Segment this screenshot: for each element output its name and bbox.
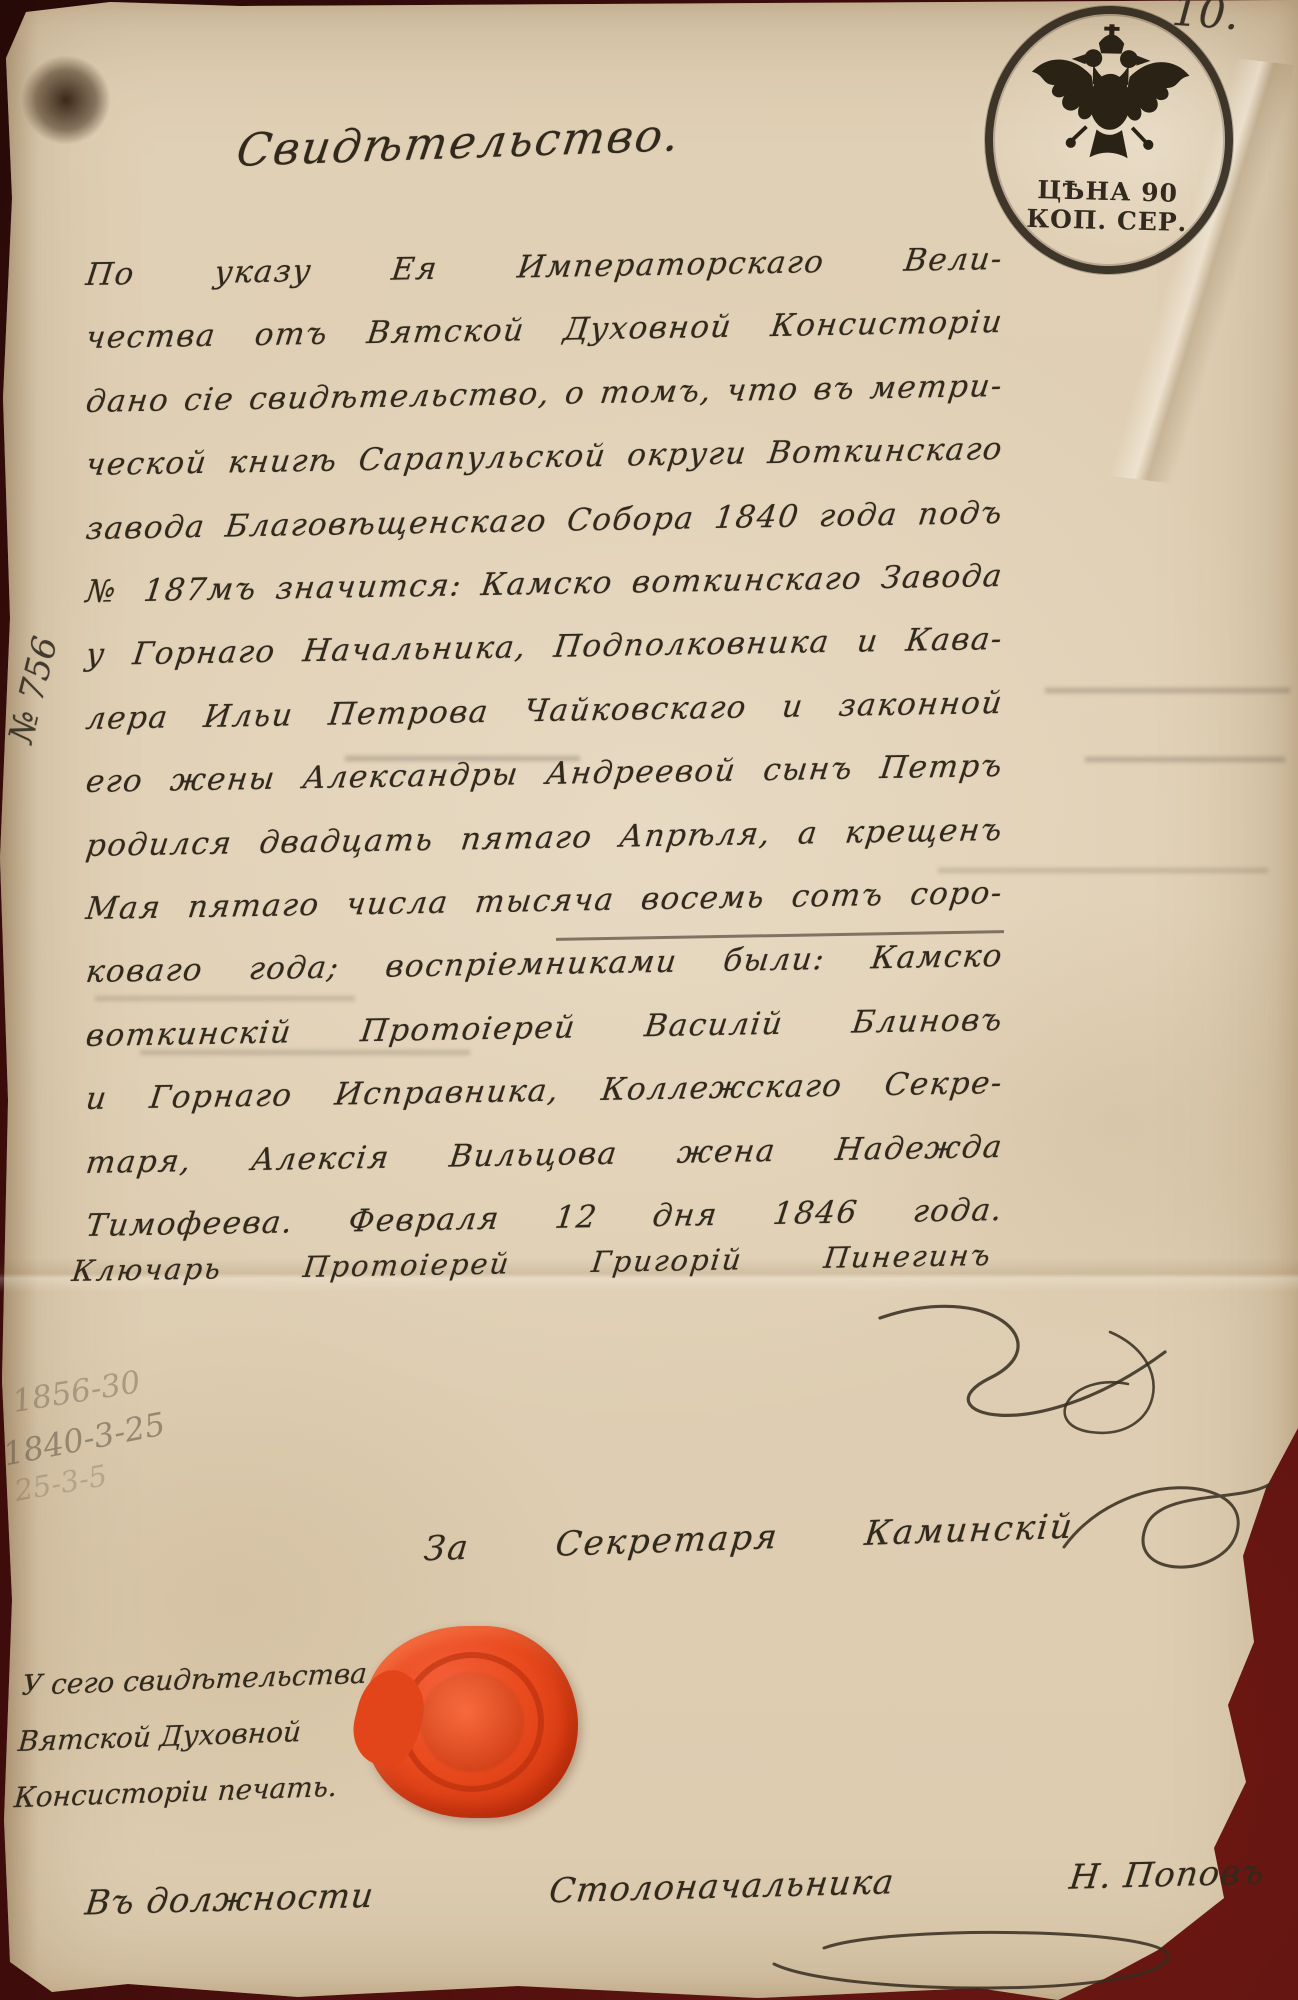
- clerk-attestation-word: Н. Поповъ: [1067, 1852, 1267, 1897]
- secretary-flourish: [1052, 1462, 1282, 1587]
- ink-smudge: [140, 1050, 470, 1055]
- stamp-price-line2: КОП. СЕР.: [991, 203, 1224, 238]
- ink-smudge: [1045, 688, 1290, 693]
- ink-smudge: [345, 756, 580, 761]
- clerk-attestation-word: Въ должности: [83, 1876, 376, 1924]
- signature-flourish: [860, 1292, 1190, 1462]
- photographed-certificate-page: 10.: [0, 0, 1298, 2000]
- ink-smudge: [938, 868, 1268, 873]
- bottom-flourish: [760, 1922, 1190, 2000]
- double-headed-eagle-icon: [1019, 20, 1201, 177]
- ink-smudge: [1085, 757, 1285, 762]
- stamp-price-text: ЦѢНА 90 КОП. СЕР.: [991, 174, 1224, 238]
- wax-seal: [366, 1626, 578, 1818]
- ink-smudge: [95, 996, 355, 1001]
- document-body: По указу Ея Императорскаго Вели- чества …: [86, 236, 1003, 1251]
- seal-annotation: У сего свидѣтельства Вятской Духовной Ко…: [12, 1646, 369, 1827]
